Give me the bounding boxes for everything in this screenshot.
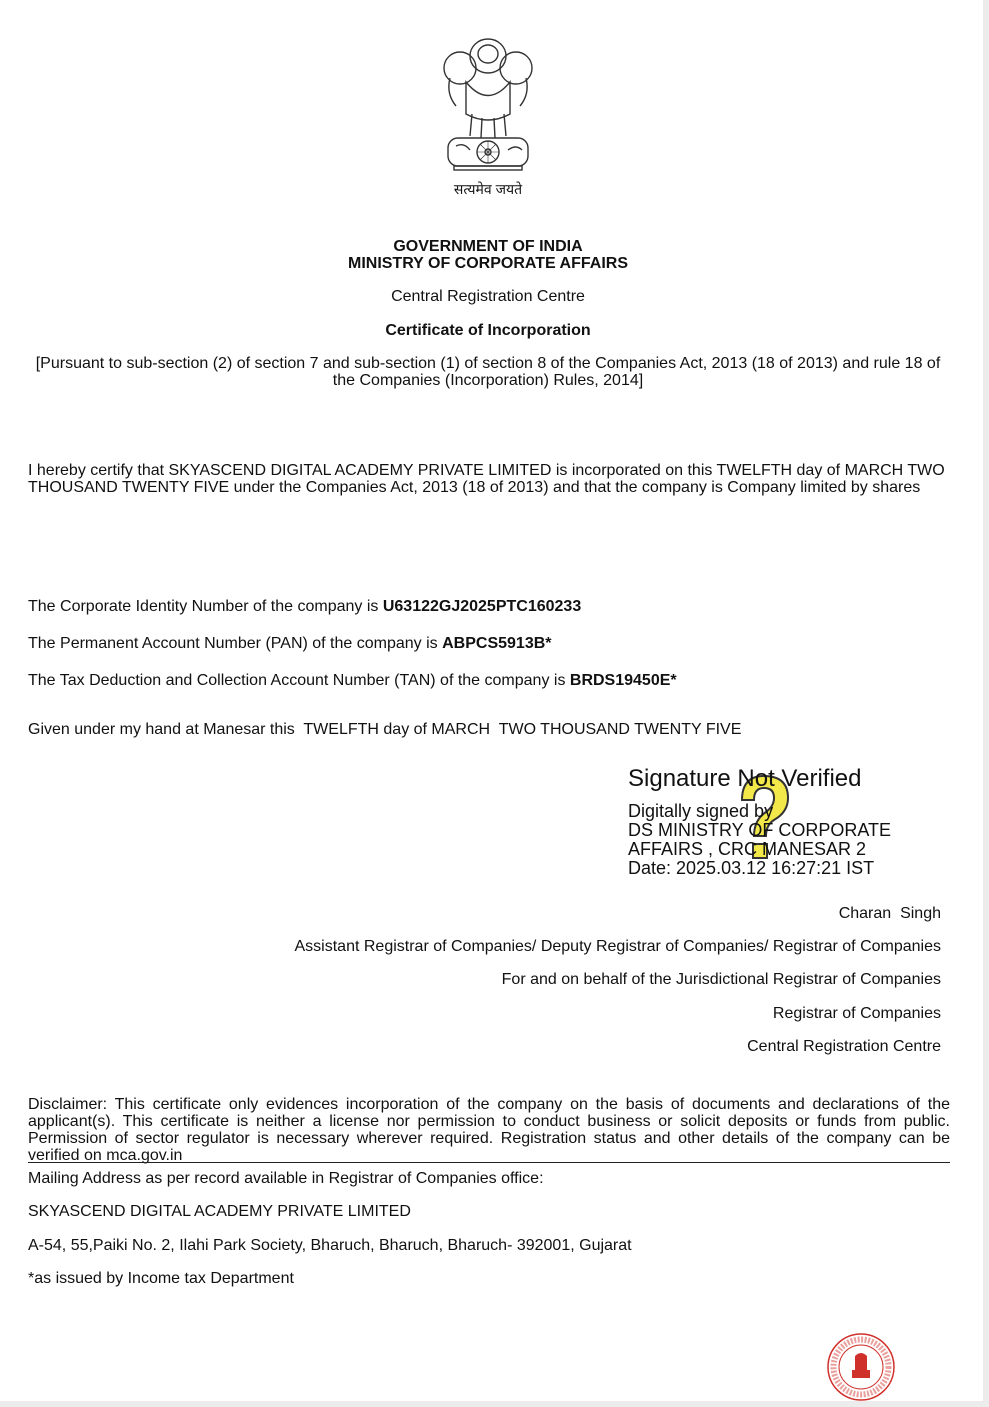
given-under-hand: Given under my hand at Manesar this TWEL… bbox=[28, 721, 741, 738]
signatory-role: Registrar of Companies bbox=[773, 1005, 941, 1022]
pursuant-clause: [Pursuant to sub-section (2) of section … bbox=[28, 355, 948, 389]
cin-value: U63122GJ2025PTC160233 bbox=[383, 598, 581, 615]
office-name: Central Registration Centre bbox=[0, 288, 976, 305]
signatory-name: Charan Singh bbox=[839, 905, 941, 922]
signer-line-2: AFFAIRS , CRC MANESAR 2 bbox=[628, 840, 928, 859]
signatory-designation: Assistant Registrar of Companies/ Deputy… bbox=[295, 938, 942, 955]
mailing-address: A-54, 55,Paiki No. 2, Ilahi Park Society… bbox=[28, 1237, 632, 1254]
government-heading: GOVERNMENT OF INDIA bbox=[0, 238, 976, 255]
cin-label: The Corporate Identity Number of the com… bbox=[28, 598, 383, 615]
footnote: *as issued by Income tax Department bbox=[28, 1270, 294, 1287]
cin-line: The Corporate Identity Number of the com… bbox=[28, 598, 581, 615]
signatory-behalf: For and on behalf of the Jurisdictional … bbox=[502, 971, 941, 988]
tan-label: The Tax Deduction and Collection Account… bbox=[28, 672, 570, 689]
pan-value: ABPCS5913B* bbox=[442, 635, 551, 652]
mailing-address-label: Mailing Address as per record available … bbox=[28, 1170, 544, 1187]
certificate-title: Certificate of Incorporation bbox=[0, 322, 976, 339]
disclaimer: Disclaimer: This certificate only eviden… bbox=[28, 1096, 950, 1164]
signatory-office: Central Registration Centre bbox=[747, 1038, 941, 1055]
certificate-page: सत्यमेव जयते GOVERNMENT OF INDIA MINISTR… bbox=[0, 0, 983, 1401]
digital-signature-block[interactable]: Signature Not Verified Digitally signed … bbox=[628, 766, 928, 878]
tan-value: BRDS19450E* bbox=[570, 672, 677, 689]
ministry-heading: MINISTRY OF CORPORATE AFFAIRS bbox=[0, 255, 976, 272]
signature-status: Signature Not Verified bbox=[628, 766, 928, 792]
signed-by-label: Digitally signed by bbox=[628, 802, 928, 821]
mca-seal-icon bbox=[826, 1332, 896, 1402]
mailing-company-name: SKYASCEND DIGITAL ACADEMY PRIVATE LIMITE… bbox=[28, 1203, 411, 1220]
certification-statement: I hereby certify that SKYASCEND DIGITAL … bbox=[28, 462, 953, 496]
pan-line: The Permanent Account Number (PAN) of th… bbox=[28, 635, 552, 652]
state-emblem-icon bbox=[436, 34, 540, 179]
divider bbox=[28, 1162, 950, 1163]
signature-date: Date: 2025.03.12 16:27:21 IST bbox=[628, 859, 928, 878]
pan-label: The Permanent Account Number (PAN) of th… bbox=[28, 635, 442, 652]
tan-line: The Tax Deduction and Collection Account… bbox=[28, 672, 677, 689]
emblem-motto: सत्यमेव जयते bbox=[410, 180, 566, 199]
signer-line-1: DS MINISTRY OF CORPORATE bbox=[628, 821, 928, 840]
